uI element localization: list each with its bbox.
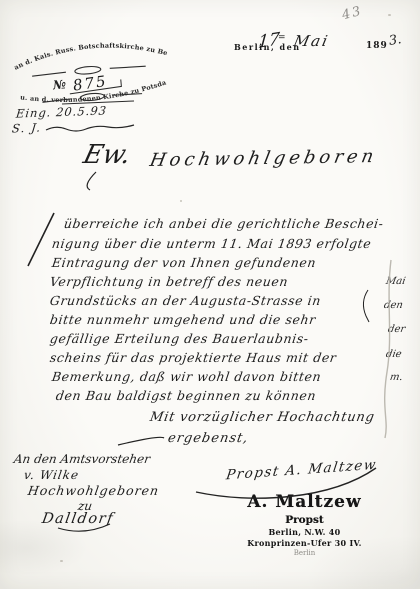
body-opening-slash [28,213,54,266]
body-line: bitte nunmehr umgehend und die sehr [49,312,317,327]
body-line: nigung über die unterm 11. Mai 1893 erfo… [51,236,373,251]
scanned-letter-page: 43 an d. Kais. Russ. Botschaftskirche zu… [0,0,420,589]
body-line: Grundstücks an der Augusta-Strasse in [49,293,322,308]
salutation-flourish [87,172,96,190]
signature-stamp-address1: Berlin, N.W. 40 [232,527,377,537]
stamp-number-sign: № [51,77,66,92]
handwritten-signature: Propst A. Maltzew [225,457,378,484]
scan-speck [60,560,63,562]
salutation-prefix: Ew. [80,140,134,170]
stamp-arc-top-text: an d. Kais. Russ. Botschaftskirche zu Be… [3,13,169,72]
margin-bracket [363,290,369,322]
scan-speck [180,200,182,202]
signature-stamp-address3: Berlin [232,549,377,557]
margin-note: m. [389,372,404,383]
body-line: Eintragung der von Ihnen gefundenen [51,255,317,270]
body-line: den Bau baldigst beginnen zu können [55,388,317,403]
margin-note: den [383,300,404,311]
margin-note: der [387,324,406,335]
body-line: Verpflichtung in betreff des neuen [49,274,289,289]
recipient-line: An den Amtsvorsteher [13,452,151,466]
margin-note: die [385,349,402,360]
recipient-line: Hochwohlgeboren [27,483,160,498]
closing-line-1: Mit vorzüglicher Hochachtung [149,410,376,425]
pencil-note: 43 [340,4,364,24]
dateline-year-printed: 189 [366,41,388,51]
journal-note-scribble [46,125,134,131]
signature-stamp-title: Propst [232,514,377,526]
signature-stamp-block: A. Maltzew Propst Berlin, N.W. 40 Kronpr… [232,492,377,557]
margin-note: Mai [385,276,406,287]
scan-speck [388,14,391,16]
dateline-day-handwritten: 17 [257,29,280,53]
recipient-line: Dalldorf [41,511,115,527]
body-line: Bemerkung, daß wir wohl davon bitten [51,369,322,384]
dateline-month-handwritten: Mai [292,32,331,50]
body-line: überreiche ich anbei die gerichtliche Be… [63,216,385,231]
dateline-day-suffix: = [278,33,286,43]
closing-flourish [118,437,164,445]
dateline-year-digit-handwritten: 3. [388,32,402,49]
body-line: gefällige Erteilung des Bauerlaubnis- [49,331,310,346]
registry-journal-note: S. J. [11,120,42,135]
registry-received-note: Eing. 20.5.93 [15,103,107,120]
body-line: scheins für das projektierte Haus mit de… [49,350,338,365]
salutation-honorific: Hochwohlgeboren [148,146,379,171]
signature-stamp-address2: Kronprinzen-Ufer 30 IV. [232,538,377,548]
signature-stamp-name: A. Maltzew [232,492,377,512]
closing-line-2: ergebenst, [167,431,250,446]
recipient-line: v. Wilke [23,468,80,482]
